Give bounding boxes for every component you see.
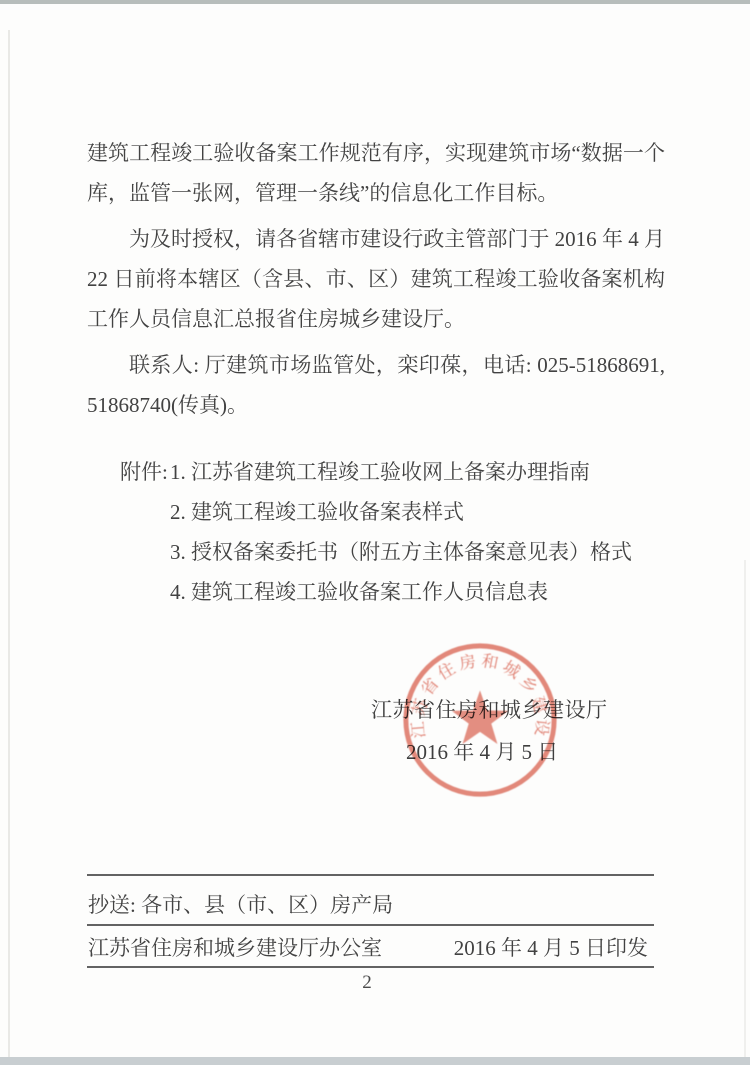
cc-distribution-line: 抄送: 各市、县（市、区）房产局 <box>88 889 393 919</box>
attachments-block: 附件: 1. 江苏省建筑工程竣工验收网上备案办理指南 2. 建筑工程竣工验收备案… <box>120 452 680 612</box>
issuer-row: 江苏省住房和城乡建设厅办公室 2016 年 4 月 5 日印发 <box>88 932 648 962</box>
footer-divider-top <box>87 874 654 876</box>
paragraph-contact: 联系人: 厅建筑市场监管处，栾印葆，电话: 025-51868691, 5186… <box>87 345 665 425</box>
scan-edge-left <box>8 30 10 1060</box>
attachment-item-1: 1. 江苏省建筑工程竣工验收网上备案办理指南 <box>170 452 632 492</box>
attachments-label: 附件: <box>120 452 170 612</box>
scan-edge-top <box>0 0 750 4</box>
scan-edge-right <box>744 560 746 1060</box>
official-seal-stamp-icon: 江苏省住房和城乡建设厅 <box>394 636 566 804</box>
paragraph-goal: 建筑工程竣工验收备案工作规范有序，实现建筑市场“数据一个库，监管一张网，管理一条… <box>87 133 665 213</box>
attachment-item-3: 3. 授权备案委托书（附五方主体备案意见表）格式 <box>170 532 632 572</box>
attachments-list: 1. 江苏省建筑工程竣工验收网上备案办理指南 2. 建筑工程竣工验收备案表样式 … <box>170 452 632 612</box>
attachment-item-4: 4. 建筑工程竣工验收备案工作人员信息表 <box>170 572 632 612</box>
scan-edge-bottom <box>0 1057 750 1065</box>
issue-date: 2016 年 4 月 5 日印发 <box>454 932 648 962</box>
paragraph-request: 为及时授权，请各省辖市建设行政主管部门于 2016 年 4 月 22 日前将本辖… <box>87 219 665 339</box>
attachment-item-2: 2. 建筑工程竣工验收备案表样式 <box>170 492 632 532</box>
page-number: 2 <box>87 972 647 994</box>
seal-star-icon <box>452 690 508 744</box>
footer-divider-middle <box>87 924 654 926</box>
document-body: 建筑工程竣工验收备案工作规范有序，实现建筑市场“数据一个库，监管一张网，管理一条… <box>87 133 665 425</box>
footer-divider-bottom <box>87 966 654 968</box>
issuing-office: 江苏省住房和城乡建设厅办公室 <box>88 932 382 962</box>
scanned-document-page: 建筑工程竣工验收备案工作规范有序，实现建筑市场“数据一个库，监管一张网，管理一条… <box>0 0 750 1065</box>
